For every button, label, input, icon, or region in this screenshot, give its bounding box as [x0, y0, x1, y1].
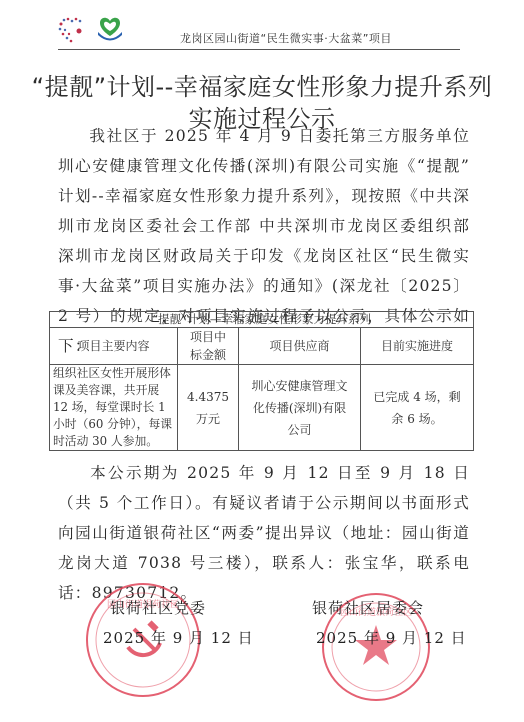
party-heart-logo-icon — [57, 14, 129, 44]
header-divider — [58, 49, 460, 50]
notice-text: 本公示期为 2025 年 9 月 12 日至 9 月 18 日（共 5 个工作日… — [58, 464, 470, 602]
signature-org-residents: 银荷社区居委会 — [312, 597, 424, 618]
cell-amount: 4.4375 万元 — [178, 365, 239, 451]
project-table: “提靓”计划—幸福家庭女性形象力提升系列 项目主要内容 项目中 标金额 项目供应… — [49, 311, 474, 451]
header-amount-line1: 项目中 — [181, 328, 235, 346]
header-content: 项目主要内容 — [50, 328, 178, 365]
header-amount-line2: 标金额 — [181, 346, 235, 364]
signature-date-party: 2025 年 9 月 12 日 — [103, 627, 254, 648]
document-title: “提靓”计划--幸福家庭女性形象力提升系列 — [0, 67, 524, 102]
header-progress: 目前实施进度 — [361, 328, 474, 365]
cell-amount-unit: 万元 — [181, 408, 235, 430]
header-amount: 项目中 标金额 — [178, 328, 239, 365]
cell-content: 组织社区女性开展形体课及美容课，共开展 12 场，每堂课时长 1 小时（60 分… — [50, 365, 178, 451]
cell-amount-value: 4.4375 — [181, 386, 235, 408]
signature-date-residents: 2025 年 9 月 12 日 — [316, 627, 467, 648]
project-line: 龙岗区园山街道“民生微实事·大盆菜”项目 — [180, 30, 392, 46]
signature-org-party: 银荷社区党委 — [110, 597, 206, 618]
cell-supplier: 圳心安健康管理文化传播(深圳)有限公司 — [239, 365, 361, 451]
cell-progress: 已完成 4 场，剩余 6 场。 — [361, 365, 474, 451]
table-caption-row: “提靓”计划—幸福家庭女性形象力提升系列 — [50, 312, 474, 328]
table-row: 组织社区女性开展形体课及美容课，共开展 12 场，每堂课时长 1 小时（60 分… — [50, 365, 474, 451]
header-logos — [57, 14, 129, 44]
table-caption: “提靓”计划—幸福家庭女性形象力提升系列 — [50, 312, 474, 328]
header-supplier: 项目供应商 — [239, 328, 361, 365]
table-header-row: 项目主要内容 项目中 标金额 项目供应商 目前实施进度 — [50, 328, 474, 365]
